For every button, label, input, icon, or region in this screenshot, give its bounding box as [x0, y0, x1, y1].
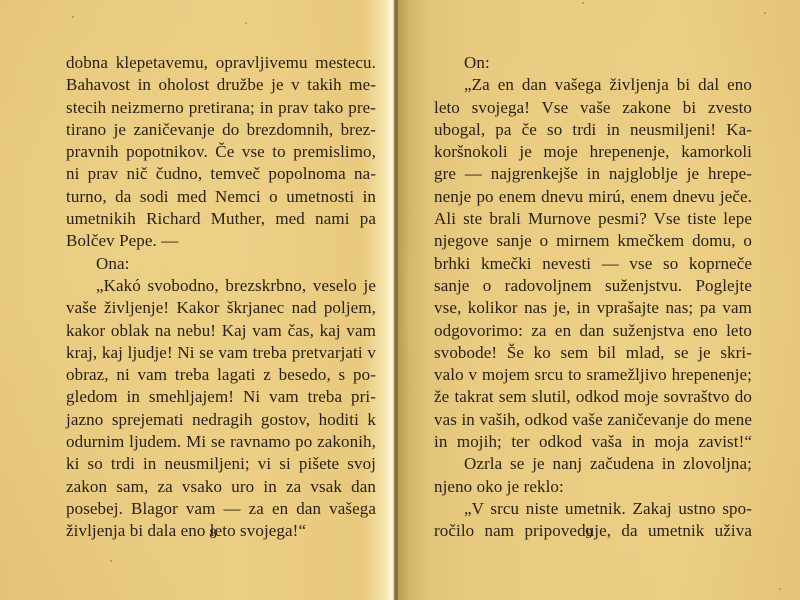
left-page: dobna klepetavemu, opravljivemu mestecu.… [0, 0, 394, 600]
book-spread: dobna klepetavemu, opravljivemu mestecu.… [0, 0, 800, 600]
narration-line: njeno oko je reklo: [434, 476, 752, 498]
quote-line: odgovorimo: za en dan suženjstva eno let… [434, 320, 752, 342]
quote-line: nenje po enem dnevu mirú, enem dnevu ječ… [434, 186, 752, 208]
quote-line: svobode! Še ko sem bil mlad, se je skri- [434, 342, 752, 364]
text-line: turno, da sodi med Nemci o umetnosti in [66, 186, 376, 208]
narration-line: Ozrla se je nanj začudena in zlovoljna; [434, 453, 752, 475]
text-line: umetnikih Richard Muther, med nami pa [66, 208, 376, 230]
right-page: On: „Za en dan vašega življenja bi dal e… [394, 0, 800, 600]
quote-line: valo v mojem srcu to sramežljivo hrepene… [434, 364, 752, 386]
quote-line: „Za en dan vašega življenja bi dal eno [434, 74, 752, 96]
quote-line: zakon sam, za vsako uro in za vsak dan [66, 476, 376, 498]
quote-line: vas in vaših, odkod vaše zaničevanje do … [434, 409, 752, 431]
quote-line: vaše življenje! Kakor škrjanec nad polje… [66, 297, 376, 319]
quote-line: Ali ste brali Murnove pesmi? Vse tiste l… [434, 208, 752, 230]
text-line: ni prav nič čudno, temveč popolnoma na- [66, 163, 376, 185]
right-page-text: On: „Za en dan vašega življenja bi dal e… [434, 52, 752, 543]
quote-line: „V srcu niste umetnik. Zakaj ustno spo- [434, 498, 752, 520]
speaker-label: On: [434, 52, 752, 74]
quote-line: obraz, ni vam treba lagati z besedo, s p… [66, 364, 376, 386]
quote-line: koršnokoli je moje hrepenenje, kamorkoli [434, 141, 752, 163]
text-line: tirano je zaničevanje do brezdomnih, bre… [66, 119, 376, 141]
page-number: 8 [193, 526, 233, 543]
quote-line: ubogal, pa če so trdi in neusmiljeni! Ka… [434, 119, 752, 141]
quote-line: ki so trdi in neusmiljeni; vi si pišete … [66, 453, 376, 475]
paper-speck [72, 16, 74, 18]
quote-line: brhki kmečki nevesti — vse so koprneče [434, 253, 752, 275]
paper-speck [582, 2, 584, 4]
quote-line: leto svojega! Vse vaše zakone bi zvesto [434, 97, 752, 119]
speaker-label: Ona: [66, 253, 376, 275]
text-line: stecih neizmerno pretirana; in prav tako… [66, 97, 376, 119]
quote-line: že takrat sem slutil, odkod moje sovrašt… [434, 386, 752, 408]
page-number: 9 [569, 526, 609, 543]
paper-speck [110, 560, 112, 562]
quote-line: njegove sanje o mirnem kmečkem domu, o [434, 230, 752, 252]
quote-line: „Kakó svobodno, brezskrbno, veselo je [66, 275, 376, 297]
quote-line: gre — najgrenkejše in najgloblje je hrep… [434, 163, 752, 185]
quote-line: kraj, kaj ljudje! Ni se vam treba pretva… [66, 342, 376, 364]
quote-line: odurnim ljudem. Mi se ravnamo po zakonih… [66, 431, 376, 453]
quote-line: kakor oblak na nebu! Kaj vam čas, kaj va… [66, 320, 376, 342]
left-page-text: dobna klepetavemu, opravljivemu mestecu.… [66, 52, 376, 543]
paper-speck [764, 12, 766, 14]
paper-speck [245, 22, 247, 24]
book-spine [388, 0, 398, 600]
quote-line: in mojih; ter odkod vaša in moja zavist!… [434, 431, 752, 453]
quote-line: sanje o radovoljnem suženjstvu. Poglejte [434, 275, 752, 297]
text-line: pravnih popotnikov. Če vse to premislimo… [66, 141, 376, 163]
paper-speck [779, 588, 781, 590]
quote-line: jazno sprejemati nedragih gostov, hoditi… [66, 409, 376, 431]
text-line: dobna klepetavemu, opravljivemu mestecu. [66, 52, 376, 74]
text-line: Bahavost in oholost družbe je v takih me… [66, 74, 376, 96]
quote-line: posebej. Blagor vam — za en dan vašega [66, 498, 376, 520]
quote-line: gledom in smehljajem! Ni vam treba pri- [66, 386, 376, 408]
quote-line: vse, kolikor nas je, in vprašajte nas; p… [434, 297, 752, 319]
text-line: Bolčev Pepe. — [66, 230, 376, 252]
